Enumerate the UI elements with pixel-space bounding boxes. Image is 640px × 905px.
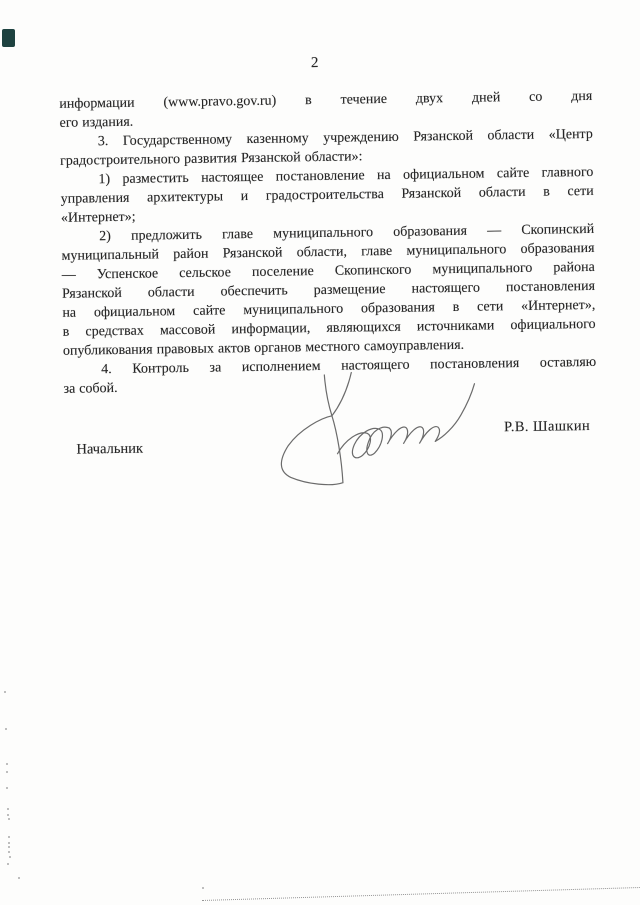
signature-stroke <box>324 373 352 416</box>
signature-stroke <box>281 416 343 486</box>
signature-stroke <box>387 427 440 444</box>
signature-ink <box>270 368 498 507</box>
signature-stroke <box>337 427 389 458</box>
signature <box>270 368 498 507</box>
document-text: информации (www.pravo.gov.ru) в течение … <box>59 87 596 399</box>
signature-stroke <box>434 384 475 442</box>
page-content: 2 информации (www.pravo.gov.ru) в течени… <box>0 0 640 905</box>
signer-name: Р.В. Шашкин <box>504 418 590 436</box>
signer-position: Начальник <box>76 441 143 459</box>
page-number: 2 <box>0 50 635 76</box>
scan-corner-artifact <box>2 29 15 47</box>
scanned-document-page: 2 информации (www.pravo.gov.ru) в течени… <box>0 0 640 905</box>
